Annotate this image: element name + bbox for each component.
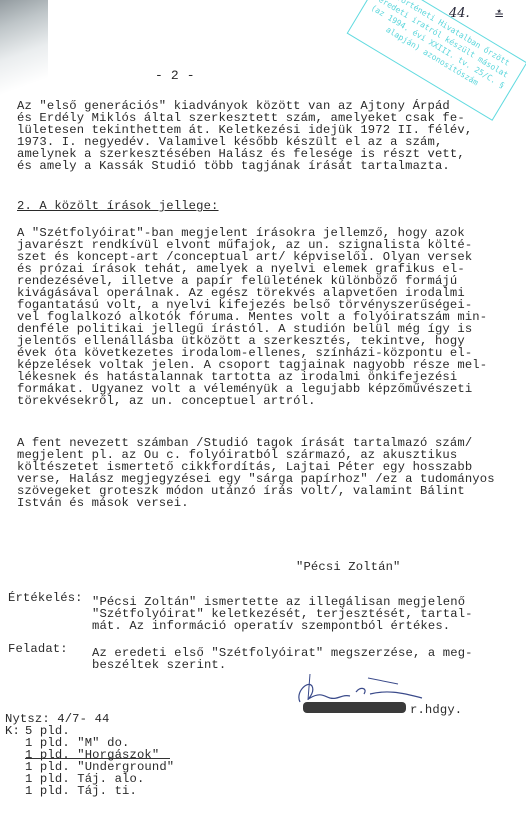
strikethrough-line [25, 758, 170, 759]
handwritten-mark: ≛ [494, 8, 504, 22]
page-number: - 2 - [155, 70, 195, 82]
text-line: és amely a Kassák Studió több tagjának í… [17, 160, 450, 172]
text-line: István és mások versei. [17, 497, 189, 509]
text-line: beszéltek szerint. [92, 659, 226, 671]
officer-rank: r.hdgy. [410, 704, 462, 716]
distribution-item: 1 pld. Táj. ti. [25, 785, 137, 797]
scan-edge-artifact [0, 0, 48, 95]
evaluation-label: Értékelés: [8, 592, 83, 604]
copies-label: K: [5, 725, 20, 737]
text-line: mát. Az információ operatív szempontból … [92, 620, 450, 632]
section-heading: 2. A közölt írások jellege: [17, 200, 219, 212]
handwritten-folio-number: 44. [449, 6, 470, 21]
source-signature-name: "Pécsi Zoltán" [296, 561, 401, 573]
task-label: Feladat: [8, 643, 68, 655]
redacted-officer-name [303, 702, 406, 713]
text-line: törekvésekről, az un. conceptuel artról. [17, 395, 316, 407]
